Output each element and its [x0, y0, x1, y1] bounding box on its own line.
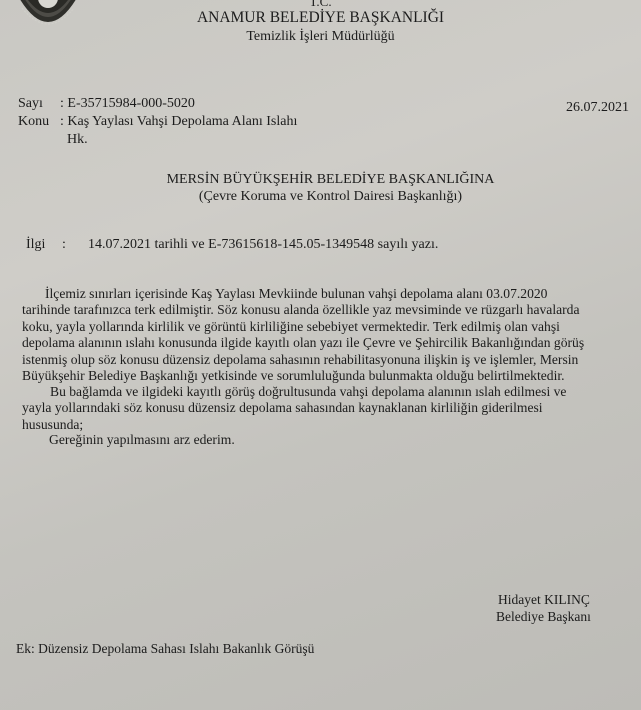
recipient-department: (Çevre Koruma ve Kontrol Dairesi Başkanl… — [10, 189, 641, 205]
reference-colon: : — [62, 237, 66, 253]
document-date: 26.07.2021 — [566, 100, 629, 116]
sayi-value: : E-35715984-000-5020 — [60, 96, 195, 112]
reference-text: 14.07.2021 tarihli ve E-73615618-145.05-… — [88, 237, 438, 253]
body-paragraph-2: Bu bağlamda ve ilgideki kayıtlı görüş do… — [22, 384, 622, 433]
konu-value-cont: Hk. — [67, 132, 88, 148]
konu-value: : Kaş Yaylası Vahşi Depolama Alanı Islah… — [60, 114, 297, 130]
attachment-note: Ek: Düzensiz Depolama Sahası Islahı Baka… — [16, 641, 314, 657]
letterhead-institution: ANAMUR BELEDİYE BAŞKANLIĞI — [0, 9, 641, 27]
body-paragraph-1: İlçemiz sınırları içerisinde Kaş Yaylası… — [22, 286, 622, 384]
sayi-label: Sayı — [18, 96, 43, 112]
letterhead-department: Temizlik İşleri Müdürlüğü — [0, 29, 641, 45]
konu-label: Konu — [18, 114, 49, 130]
body-closing: Gereğinin yapılmasını arz ederim. — [22, 432, 622, 448]
reference-label: İlgi — [26, 237, 45, 253]
recipient-title: MERSİN BÜYÜKŞEHİR BELEDİYE BAŞKANLIĞINA — [10, 172, 641, 188]
signatory-name: Hidayet KILINÇ — [498, 592, 590, 608]
signatory-title: Belediye Başkanı — [496, 609, 591, 625]
